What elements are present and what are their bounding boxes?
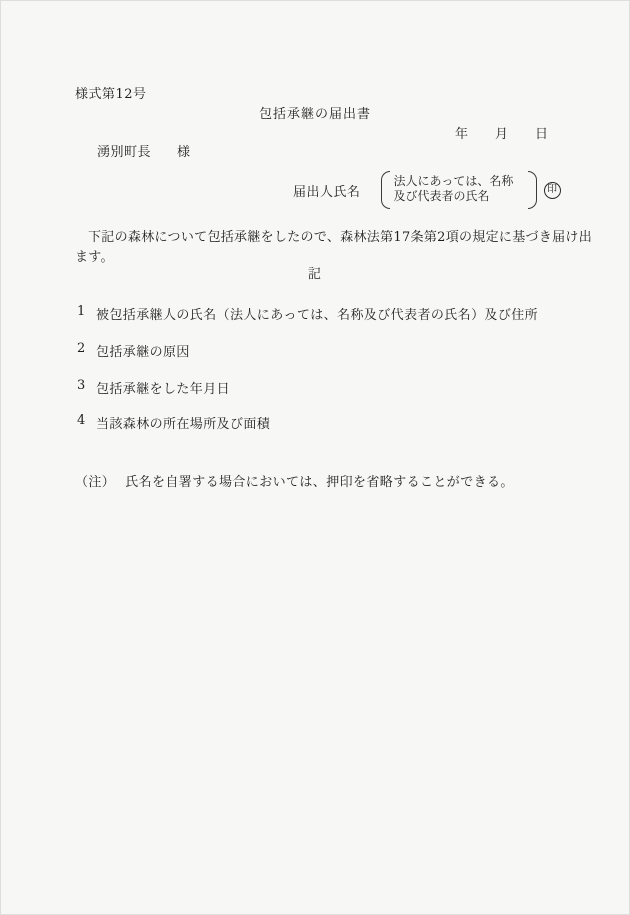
right-bracket	[528, 171, 537, 209]
item-text: 包括承継をした年月日	[96, 378, 230, 397]
list-item: 4 当該森林の所在場所及び面積	[77, 413, 270, 432]
addressee-honorific: 様	[177, 141, 191, 160]
corporation-note: 法人にあっては、名称 及び代表者の氏名	[390, 171, 528, 209]
footnote-text: 氏名を自署する場合においては、押印を省略することができる。	[125, 471, 514, 490]
item-text: 当該森林の所在場所及び面積	[96, 413, 270, 432]
footnote-label: （注）	[75, 471, 115, 490]
corporation-note-line2: 及び代表者の氏名	[394, 189, 522, 204]
addressee-title: 湧別町長	[97, 141, 151, 160]
declarant-row: 届出人氏名 法人にあっては、名称 及び代表者の氏名 印	[293, 169, 561, 211]
section-marker: 記	[0, 263, 630, 282]
body-paragraph: 下記の森林について包括承継をしたので、森林法第17条第2項の規定に基づき届け出ま…	[75, 228, 592, 268]
date-year-label: 年	[455, 123, 468, 142]
left-bracket	[381, 171, 390, 209]
form-page: 様式第12号 包括承継の届出書 年 月 日 湧別町長 様 届出人氏名 法人にあっ…	[0, 0, 630, 915]
date-line: 年 月 日	[455, 123, 548, 142]
footnote: （注） 氏名を自署する場合においては、押印を省略することができる。	[75, 471, 514, 490]
item-number: 4	[77, 413, 96, 432]
document-title: 包括承継の届出書	[0, 103, 630, 122]
addressee-line: 湧別町長 様	[97, 141, 191, 160]
corporation-note-line1: 法人にあっては、名称	[394, 174, 522, 189]
item-number: 2	[77, 341, 96, 360]
item-text: 被包括承継人の氏名（法人にあっては、名称及び代表者の氏名）及び住所	[96, 304, 538, 323]
list-item: 3 包括承継をした年月日	[77, 378, 230, 397]
corporation-note-bracket: 法人にあっては、名称 及び代表者の氏名	[381, 171, 537, 209]
item-text: 包括承継の原因	[96, 341, 190, 360]
seal-mark-icon: 印	[544, 182, 561, 199]
item-number: 1	[77, 304, 96, 323]
form-number: 様式第12号	[75, 83, 147, 102]
list-item: 1 被包括承継人の氏名（法人にあっては、名称及び代表者の氏名）及び住所	[77, 304, 538, 323]
item-number: 3	[77, 378, 96, 397]
date-month-label: 月	[495, 123, 508, 142]
list-item: 2 包括承継の原因	[77, 341, 190, 360]
declarant-name-label: 届出人氏名	[293, 181, 361, 200]
date-day-label: 日	[535, 123, 548, 142]
